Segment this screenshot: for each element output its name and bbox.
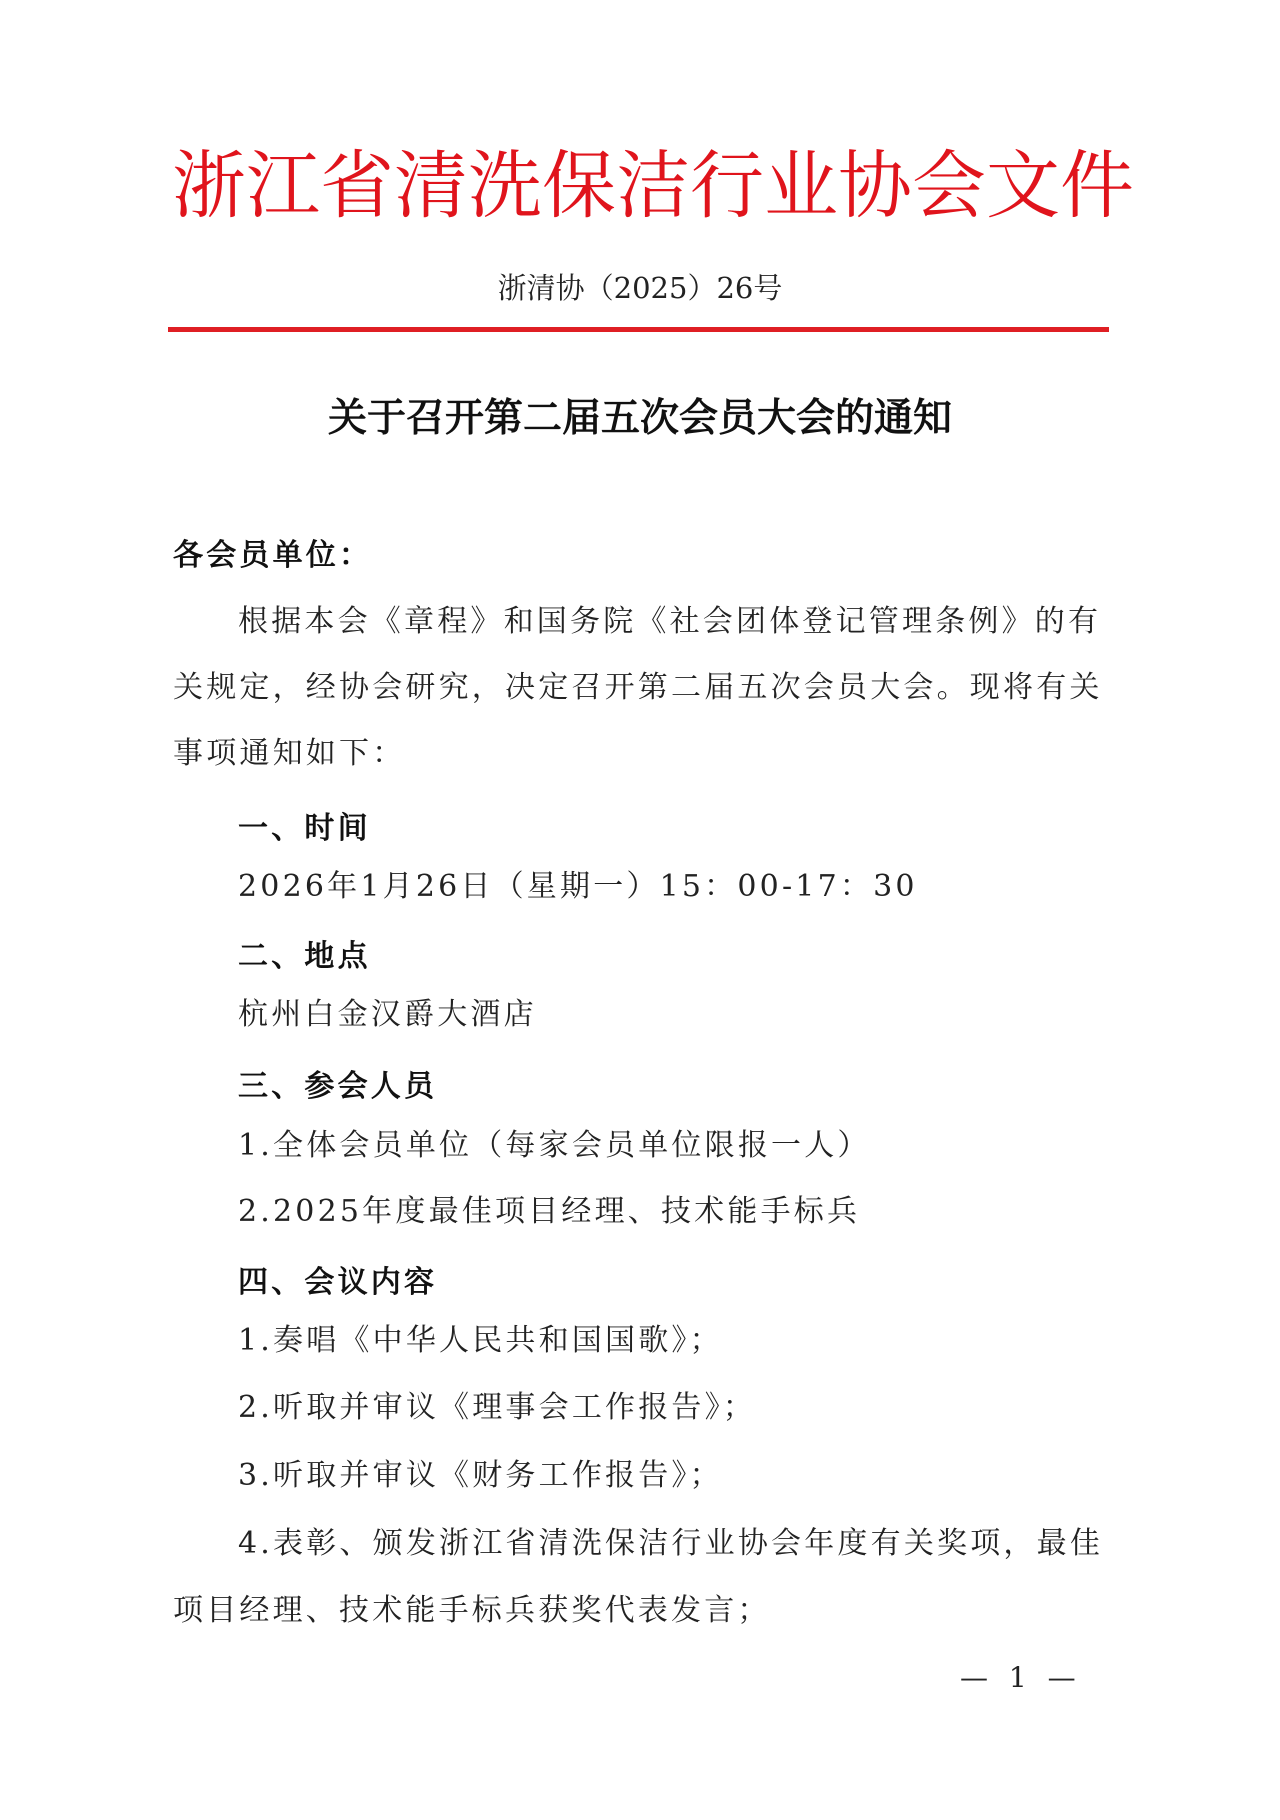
attendee-item: 2.2025年度最佳项目经理、技术能手标兵 — [238, 1190, 860, 1234]
meeting-location: 杭州白金汉爵大酒店 — [238, 993, 537, 1037]
page-number: — 1 — — [960, 1658, 1082, 1698]
intro-line: 事项通知如下： — [173, 732, 405, 776]
section-heading-attendees: 三、参会人员 — [238, 1065, 437, 1109]
section-heading-agenda: 四、会议内容 — [238, 1261, 437, 1305]
agenda-item: 2.听取并审议《理事会工作报告》； — [238, 1386, 756, 1430]
red-divider-rule — [168, 327, 1109, 332]
intro-line: 根据本会《章程》和国务院《社会团体登记管理条例》的有 — [238, 600, 1101, 644]
agenda-item: 4.表彰、颁发浙江省清洗保洁行业协会年度有关奖项，最佳 — [238, 1522, 1103, 1566]
agenda-item-continuation: 项目经理、技术能手标兵获奖代表发言； — [173, 1589, 771, 1633]
section-heading-location: 二、地点 — [238, 935, 371, 979]
agenda-item: 1.奏唱《中华人民共和国国歌》； — [238, 1319, 723, 1363]
meeting-datetime: 2026年1月26日（星期一）15：00-17：30 — [238, 865, 918, 909]
org-document-title: 浙江省清洗保洁行业协会文件 — [172, 140, 1062, 232]
attendee-item: 1.全体会员单位（每家会员单位限报一人） — [238, 1124, 871, 1168]
intro-line: 关规定，经协会研究，决定召开第二届五次会员大会。现将有关 — [173, 666, 1103, 710]
notice-title: 关于召开第二届五次会员大会的通知 — [0, 394, 1280, 444]
section-heading-time: 一、时间 — [238, 807, 371, 851]
salutation: 各会员单位： — [173, 534, 372, 578]
document-number: 浙清协（2025）26号 — [0, 268, 1280, 308]
agenda-item: 3.听取并审议《财务工作报告》； — [238, 1454, 723, 1498]
